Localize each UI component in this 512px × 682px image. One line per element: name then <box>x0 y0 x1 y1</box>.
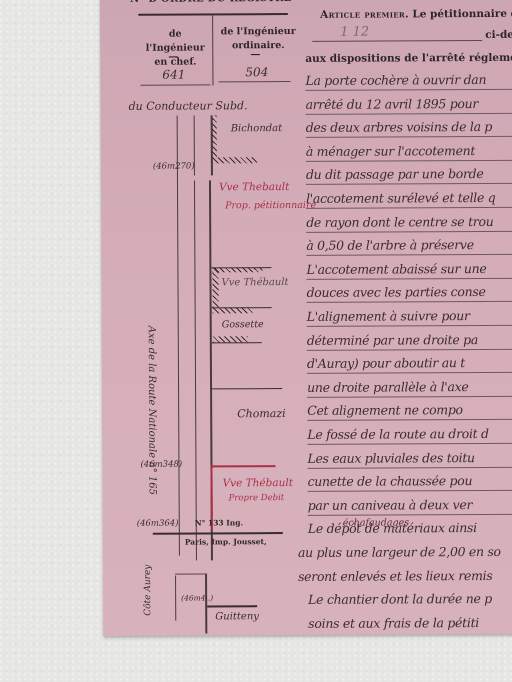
col-left-underline <box>140 84 210 85</box>
ruling-line <box>307 419 512 421</box>
ruling-line <box>307 301 512 303</box>
owner-vve-thebault-debit: Vve Thébault <box>223 477 293 489</box>
article-heading-text: Le pétitionnaire e <box>412 8 512 21</box>
building-hatch <box>212 267 262 272</box>
body-line: L'accotement abaissé sur une <box>306 261 486 277</box>
body-line: douces avec les parties conse <box>307 284 486 300</box>
body-line: des deux arbres voisins de la p <box>306 119 492 135</box>
body-line: déterminé par une droite pa <box>307 332 478 348</box>
ruling-line <box>306 207 512 209</box>
ruling-line <box>306 112 512 114</box>
ruling-line <box>307 372 512 374</box>
petitioner-boundary <box>210 465 275 467</box>
body-line: du dit passage par une borde <box>306 166 484 182</box>
building-hatch <box>213 307 253 313</box>
ruling-line <box>308 490 512 492</box>
parcel-boundary <box>212 388 282 389</box>
col-left-value: 641 <box>162 68 185 82</box>
body-line: à 0,50 de l'arbre à préserve <box>306 237 474 253</box>
road-edge-line-2 <box>194 181 197 561</box>
body-line: L'alignement à suivre pour <box>307 308 470 324</box>
order-label: N° D'ORDRE DU REGISTRE <box>130 0 292 5</box>
parcel-boundary <box>207 605 257 607</box>
petition-number: 1 12 <box>340 25 369 40</box>
printer-imprint: Paris, Imp. Jousset, <box>185 537 267 546</box>
article-line3: aux dispositions de l'arrêté réglementai <box>305 52 512 65</box>
building-hatch <box>212 115 217 163</box>
body-line: d'Auray) pour aboutir au t <box>307 355 465 371</box>
col-left-dash: — <box>168 52 178 63</box>
ruling-line <box>306 160 512 162</box>
body-line: Le chantier dont la durée ne p <box>308 591 492 607</box>
cross-frontage <box>205 573 207 633</box>
col-left-label: de l'Ingénieur en chef. <box>140 27 210 69</box>
form-number: N° 133 Ing. <box>195 518 243 527</box>
building-hatch <box>212 157 257 163</box>
elevation-1: (46m270) <box>153 162 195 172</box>
owner-debit-note: Propre Debit <box>229 493 285 503</box>
ruling-line <box>308 514 512 516</box>
article-heading: Article premier. Le pétitionnaire e <box>320 8 512 21</box>
owner-bichondat: Bichondat <box>231 123 282 134</box>
body-line: l'accotement surélevé et telle q <box>306 190 495 206</box>
ruling-line <box>306 230 512 232</box>
body-line: une droite parallèle à l'axe <box>307 379 468 395</box>
body-line: La porte cochère à ouvrir dan <box>305 72 486 88</box>
body-line: au plus une largeur de 2,00 en so <box>298 544 501 560</box>
body-line: arrêté du 12 avril 1895 pour <box>306 96 479 112</box>
body-line: soins et aux frais de la pétiti <box>308 615 479 631</box>
road-axis-line <box>177 116 180 556</box>
body-line: Les eaux pluviales des toitu <box>307 450 474 466</box>
ruling-line <box>306 278 512 280</box>
building-hatch <box>213 336 248 342</box>
col-right-underline <box>218 81 290 82</box>
owner-vve-thebault: Vve Thébault <box>221 277 288 288</box>
form-rule <box>153 532 283 535</box>
elevation-3: (46m364) <box>137 519 179 529</box>
building-hatch <box>212 267 218 307</box>
article-number: Article premier. <box>320 8 409 20</box>
side-label: Côte Aurey <box>143 565 153 616</box>
ruling-line <box>306 183 512 185</box>
ruling-line <box>306 136 512 138</box>
interlinear-note: échafaudages <box>343 517 409 528</box>
owner-guitteny: Guitteny <box>215 611 259 622</box>
ruling-line <box>307 466 512 468</box>
col-right-dash: — <box>250 49 260 60</box>
document-sheet: N° D'ORDRE DU REGISTRE de l'Ingénieur en… <box>100 0 512 636</box>
cross-road-line <box>175 576 176 621</box>
cross-road-top <box>175 573 205 574</box>
body-line: seront enlevés et les lieux remis <box>298 568 493 584</box>
body-line: de rayon dont le centre se trou <box>306 214 493 230</box>
ruling-line <box>306 254 512 256</box>
header-divider <box>212 13 213 85</box>
body-line: Le fossé de la route au droit d <box>307 426 489 442</box>
body-line: à ménager sur l'accotement <box>306 143 475 159</box>
ruling-line <box>307 325 512 327</box>
owner-gossette: Gossette <box>222 319 264 330</box>
body-line: cunette de la chaussée pou <box>308 473 473 489</box>
ruling-line <box>307 396 512 398</box>
conductor-label: du Conducteur Subd. <box>129 99 248 113</box>
elevation-4: (46m4..) <box>181 593 213 602</box>
owner-petitioner-note: Prop. pétitionnaire <box>225 200 316 211</box>
fill-line <box>312 40 482 42</box>
col-right-value: 504 <box>245 65 268 79</box>
body-line: par un caniveau à deux ver <box>308 497 473 513</box>
owner-vve-thebault-petitioner: Vve Thebault <box>219 181 289 193</box>
body-line: Cet alignement ne compo <box>307 402 463 418</box>
ruling-line <box>305 89 512 91</box>
ruling-line <box>307 348 512 350</box>
elevation-2: (46m348) <box>140 460 182 470</box>
ruling-line <box>307 443 512 445</box>
owner-chomazi: Chomazi <box>237 407 286 420</box>
article-line2: ci-des <box>485 29 512 41</box>
